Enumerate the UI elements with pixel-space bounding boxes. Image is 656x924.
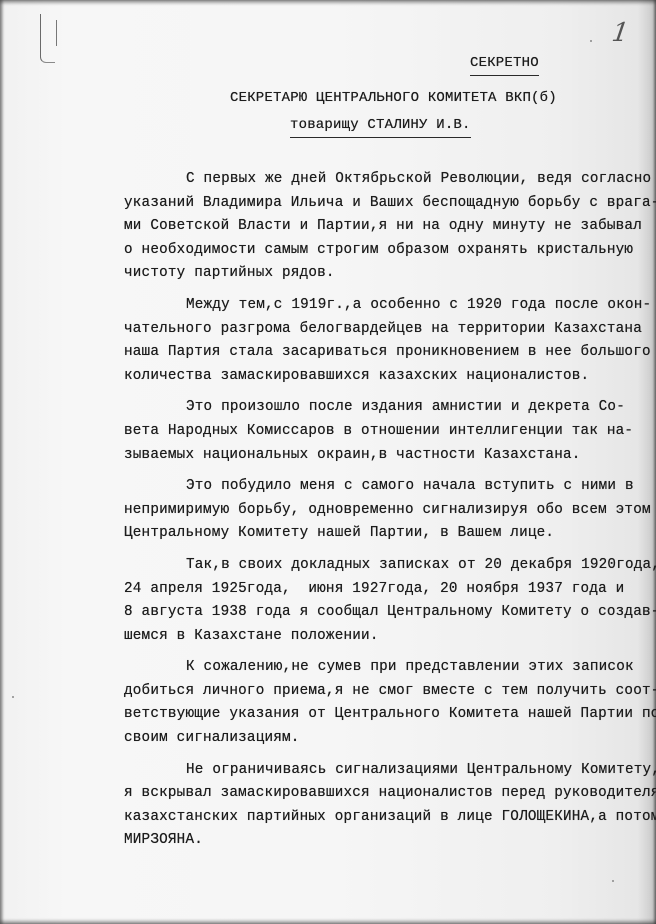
text-line: о необходимости самым строгим образом ох… [124,239,644,263]
classification-stamp: СЕКРЕТНО [470,55,539,76]
paragraph: Это побудило меня с самого начала вступи… [124,475,644,546]
document-page: 1 СЕКРЕТНО СЕКРЕТАРЮ ЦЕНТРАЛЬНОГО КОМИТЕ… [0,0,656,924]
text-line: своим сигнализациям. [124,727,644,751]
letter-body: С первых же дней Октябрьской Революции, … [124,168,644,861]
paragraph: Не ограничиваясь сигнализациями Централь… [124,759,644,853]
paper-speck [590,40,592,42]
text-line: зываемых национальных окраин,в частности… [124,444,644,468]
text-line: казахстанских партийных организаций в ли… [124,806,644,830]
paper-speck [612,880,614,882]
text-line: я вскрывал замаскировавшихся националист… [124,782,644,806]
text-line: ветствующие указания от Центрального Ком… [124,703,644,727]
text-line: МИРЗОЯНА. [124,829,644,853]
text-line: Не ограничиваясь сигнализациями Централь… [124,759,644,783]
text-line: непримиримую борьбу, одновременно сигнал… [124,499,644,523]
addressee-name: товарищу СТАЛИНУ И.В. [290,117,471,138]
text-line: Так,в своих докладных записках от 20 дек… [124,554,644,578]
addressee-title: СЕКРЕТАРЮ ЦЕНТРАЛЬНОГО КОМИТЕТА ВКП(б) [230,90,557,106]
text-line: вета Народных Комиссаров в отношении инт… [124,420,644,444]
paragraph: С первых же дней Октябрьской Революции, … [124,168,644,286]
text-line: Это произошло после издания амнистии и д… [124,396,644,420]
text-line: 24 апреля 1925года, июня 1927года, 20 но… [124,578,644,602]
paper-speck [12,696,14,698]
text-line: указаний Владимира Ильича и Ваших беспощ… [124,192,644,216]
text-line: шемся в Казахстане положении. [124,625,644,649]
text-line: наша Партия стала засариваться проникнов… [124,341,644,365]
paragraph: Это произошло после издания амнистии и д… [124,396,644,467]
text-line: чистоту партийных рядов. [124,262,644,286]
text-line: добиться личного приема,я не смог вместе… [124,680,644,704]
paragraph: Между тем,с 1919г.,а особенно с 1920 год… [124,294,644,388]
paper-clip-mark-inner [56,20,57,46]
text-line: К сожалению,не сумев при представлении э… [124,656,644,680]
text-line: Центральному Комитету нашей Партии, в Ва… [124,522,644,546]
paper-clip-mark [40,14,55,63]
text-line: Это побудило меня с самого начала вступи… [124,475,644,499]
paragraph: Так,в своих докладных записках от 20 дек… [124,554,644,648]
text-line: ми Советской Власти и Партии,я ни на одн… [124,215,644,239]
text-line: Между тем,с 1919г.,а особенно с 1920 год… [124,294,644,318]
text-line: чательного разгрома белогвардейцев на те… [124,318,644,342]
text-line: 8 августа 1938 года я сообщал Центрально… [124,601,644,625]
text-line: С первых же дней Октябрьской Революции, … [124,168,644,192]
paragraph: К сожалению,не сумев при представлении э… [124,656,644,750]
text-line: количества замаскировавшихся казахских н… [124,365,644,389]
handwritten-page-number: 1 [610,18,631,48]
